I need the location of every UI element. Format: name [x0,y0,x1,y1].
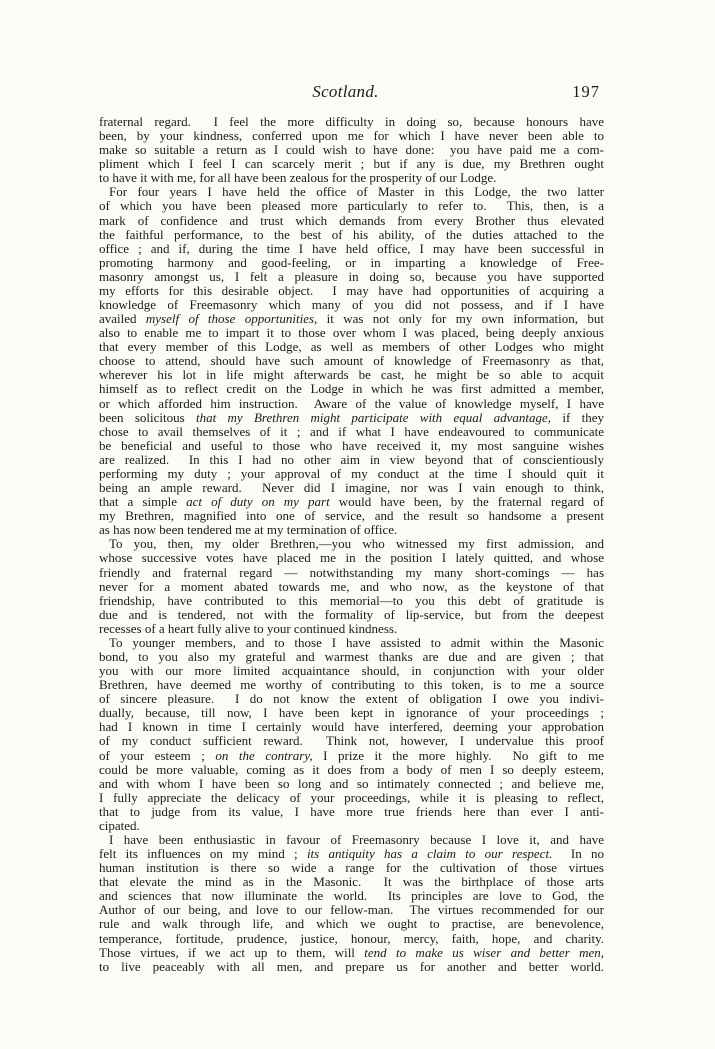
text-segment: pliment which I feel I can scarcely meri… [99,157,604,171]
text-segment: rule and walk through life, and which we… [99,917,604,931]
text-line: and with whom I have been so long and so… [99,777,604,791]
text-body: fraternal regard. I feel the more diffic… [99,115,604,974]
text-segment: of your esteem ; [99,749,215,763]
text-line: to live peaceably with all men, and prep… [99,960,604,974]
text-segment: Those virtues, if we act up to them, wil… [99,946,364,960]
italic-text-segment: that my Brethren might participate with … [196,411,551,425]
text-line: that elevate the mind as in the Masonic.… [99,875,604,889]
text-line: are realized. In this I had no other aim… [99,453,604,467]
text-segment: my Brethren, magnified into one of servi… [99,509,604,523]
text-segment: I fully appreciate the delicacy of your … [99,791,604,805]
text-line: I have been enthusiastic in favour of Fr… [99,833,604,847]
text-line: chose to avail themselves of it ; and if… [99,425,604,439]
text-segment: or which afforded him instruction. Aware… [99,397,604,411]
section-title: Scotland. [87,82,604,102]
italic-text-segment: myself of those opportunities, [146,312,317,326]
page-header: Scotland. 197 [99,82,604,104]
text-segment: himself as to reflect credit on the Lodg… [99,382,604,396]
text-line: pliment which I feel I can scarcely meri… [99,157,604,171]
page-number: 197 [572,82,600,102]
text-line: For four years I have held the office of… [99,185,604,199]
text-line: choose to attend, should have such amoun… [99,354,604,368]
paragraph: fraternal regard. I feel the more diffic… [99,115,604,185]
text-segment: felt its influences on my mind ; [99,847,307,861]
text-segment: that a simple [99,495,186,509]
text-line: had I known in time I certainly would ha… [99,720,604,734]
text-line: masonry amongst us, I felt a pleasure in… [99,270,604,284]
text-segment: you with our more limited acquaintance s… [99,664,604,678]
text-line: Brethren, have deemed me worthy of contr… [99,678,604,692]
text-line: performing my duty ; your approval of my… [99,467,604,481]
text-line: cipated. [99,819,604,833]
text-segment: friendly and fraternal regard — notwiths… [99,566,604,580]
paragraph: To younger members, and to those I have … [99,636,604,833]
text-segment: cipated. [99,819,140,833]
text-line: of your esteem ; on the contrary, I priz… [99,749,604,763]
text-line: due and is tendered, not with the formal… [99,608,604,622]
text-segment: Brethren, have deemed me worthy of contr… [99,678,604,692]
text-segment: temperance, fortitude, prudence, justice… [99,932,604,946]
text-segment: to live peaceably with all men, and prep… [99,960,604,974]
text-segment: For four years I have held the office of… [109,185,604,199]
text-segment: as has now been tendered me at my termin… [99,523,397,537]
text-segment: make so suitable a return as I could wis… [99,143,604,157]
paragraph: To you, then, my older Brethren,—you who… [99,537,604,636]
text-segment: being an ample reward. Never did I imagi… [99,481,604,495]
text-segment: friendship, have contributed to this mem… [99,594,604,608]
italic-text-segment: on the contrary, [215,749,312,763]
text-line: that a simple act of duty on my part wou… [99,495,604,509]
text-segment: masonry amongst us, I felt a pleasure in… [99,270,604,284]
text-line: availed myself of those opportunities, i… [99,312,604,326]
text-line: or which afforded him instruction. Aware… [99,397,604,411]
text-segment: office ; and if, during the time I have … [99,242,604,256]
text-segment: be beneficial and useful to those who ha… [99,439,604,453]
text-line: as has now been tendered me at my termin… [99,523,604,537]
text-line: make so suitable a return as I could wis… [99,143,604,157]
text-segment: whose successive votes have placed me in… [99,551,604,565]
text-line: been solicitous that my Brethren might p… [99,411,604,425]
text-segment: human institution is there so wide a ran… [99,861,604,875]
text-segment: to have it with me, for all have been ze… [99,171,496,185]
text-segment: knowledge of Freemasonry which many of y… [99,298,604,312]
text-line: also to enable me to impart it to those … [99,326,604,340]
text-segment: mark of confidence and trust which deman… [99,214,604,228]
text-segment: dually, because, till now, I have been k… [99,706,604,720]
text-line: my efforts for this desirable object. I … [99,284,604,298]
text-segment: of sincere pleasure. I do not know the e… [99,692,604,706]
text-segment: promoting harmony and good-feeling, or i… [99,256,604,270]
text-line: friendship, have contributed to this mem… [99,594,604,608]
text-line: dually, because, till now, I have been k… [99,706,604,720]
text-segment: choose to attend, should have such amoun… [99,354,604,368]
text-segment: could be more valuable, coming as it doe… [99,763,604,777]
text-segment: wherever his lot in life might afterward… [99,368,604,382]
document-page: Scotland. 197 fraternal regard. I feel t… [0,0,715,1049]
text-line: I fully appreciate the delicacy of your … [99,791,604,805]
text-segment: that to judge from its value, I have mor… [99,805,604,819]
text-segment: recesses of a heart fully alive to your … [99,622,397,636]
text-line: of which you have been pleased more part… [99,199,604,213]
text-segment: also to enable me to impart it to those … [99,326,604,340]
text-segment: of which you have been pleased more part… [99,199,604,213]
text-segment: and sciences that now illuminate the wor… [99,889,604,903]
text-segment: and with whom I have been so long and so… [99,777,604,791]
text-line: mark of confidence and trust which deman… [99,214,604,228]
text-segment: of my conduct sufficient reward. Think n… [99,734,604,748]
text-segment: would have been, by the fraternal regard… [330,495,604,509]
text-line: that every member of this Lodge, as well… [99,340,604,354]
text-segment: been, by your kindness, conferred upon m… [99,129,604,143]
text-line: been, by your kindness, conferred upon m… [99,129,604,143]
text-segment: due and is tendered, not with the formal… [99,608,604,622]
text-line: To younger members, and to those I have … [99,636,604,650]
text-segment: In no [552,847,604,861]
text-line: To you, then, my older Brethren,—you who… [99,537,604,551]
paragraph: For four years I have held the office of… [99,185,604,537]
text-line: whose successive votes have placed me in… [99,551,604,565]
text-segment: I have been enthusiastic in favour of Fr… [109,833,604,847]
text-line: knowledge of Freemasonry which many of y… [99,298,604,312]
text-segment: availed [99,312,146,326]
text-segment: the faithful performance, to the best of… [99,228,604,242]
text-line: rule and walk through life, and which we… [99,917,604,931]
text-line: wherever his lot in life might afterward… [99,368,604,382]
text-line: of my conduct sufficient reward. Think n… [99,734,604,748]
text-line: the faithful performance, to the best of… [99,228,604,242]
text-line: friendly and fraternal regard — notwiths… [99,566,604,580]
text-segment: my efforts for this desirable object. I … [99,284,604,298]
text-segment: been solicitous [99,411,196,425]
text-segment: had I known in time I certainly would ha… [99,720,604,734]
text-segment: if they [551,411,604,425]
text-line: Author of our being, and love to our fel… [99,903,604,917]
text-line: bond, to you also my grateful and warmes… [99,650,604,664]
text-line: being an ample reward. Never did I imagi… [99,481,604,495]
text-line: promoting harmony and good-feeling, or i… [99,256,604,270]
text-segment: that every member of this Lodge, as well… [99,340,604,354]
italic-text-segment: tend to make us wiser and better men, [364,946,604,960]
italic-text-segment: its antiquity has a claim to our respect… [307,847,552,861]
text-line: could be more valuable, coming as it doe… [99,763,604,777]
text-segment: that elevate the mind as in the Masonic.… [99,875,604,889]
paragraph: I have been enthusiastic in favour of Fr… [99,833,604,974]
text-line: that to judge from its value, I have mor… [99,805,604,819]
text-line: be beneficial and useful to those who ha… [99,439,604,453]
text-line: and sciences that now illuminate the wor… [99,889,604,903]
text-line: of sincere pleasure. I do not know the e… [99,692,604,706]
text-line: temperance, fortitude, prudence, justice… [99,932,604,946]
text-segment: never for a moment abated towards me, an… [99,580,604,594]
text-segment: performing my duty ; your approval of my… [99,467,604,481]
text-segment: it was not only for my own information, … [317,312,604,326]
text-segment: chose to avail themselves of it ; and if… [99,425,604,439]
text-line: never for a moment abated towards me, an… [99,580,604,594]
text-line: to have it with me, for all have been ze… [99,171,604,185]
text-line: you with our more limited acquaintance s… [99,664,604,678]
text-line: recesses of a heart fully alive to your … [99,622,604,636]
text-line: felt its influences on my mind ; its ant… [99,847,604,861]
italic-text-segment: act of duty on my part [186,495,330,509]
text-segment: bond, to you also my grateful and warmes… [99,650,604,664]
text-line: my Brethren, magnified into one of servi… [99,509,604,523]
text-line: human institution is there so wide a ran… [99,861,604,875]
text-line: Those virtues, if we act up to them, wil… [99,946,604,960]
text-segment: are realized. In this I had no other aim… [99,453,604,467]
text-line: himself as to reflect credit on the Lodg… [99,382,604,396]
text-segment: Author of our being, and love to our fel… [99,903,604,917]
text-segment: To younger members, and to those I have … [109,636,604,650]
text-segment: fraternal regard. I feel the more diffic… [99,115,604,129]
text-line: fraternal regard. I feel the more diffic… [99,115,604,129]
text-segment: To you, then, my older Brethren,—you who… [109,537,604,551]
text-segment: I prize it the more highly. No gift to m… [313,749,604,763]
text-line: office ; and if, during the time I have … [99,242,604,256]
